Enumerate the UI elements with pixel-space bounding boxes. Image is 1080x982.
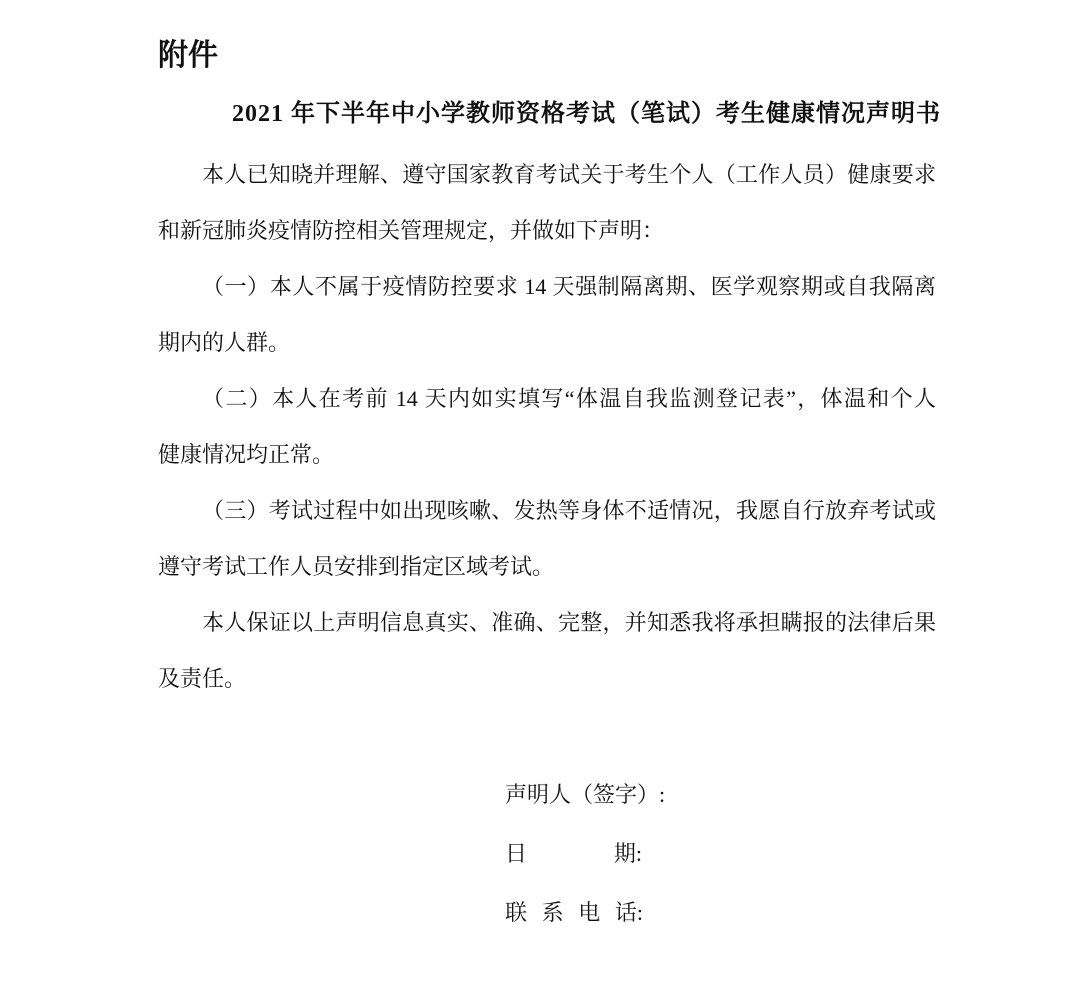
paragraph-2-line-2: 期内的人群。	[158, 315, 936, 371]
phone-label-part-3: 电	[578, 883, 600, 942]
paragraph-5-line-1: 本人保证以上声明信息真实、准确、完整，并知悉我将承担瞒报的法律后果	[158, 595, 936, 651]
signature-block: 声明人（签字）: 日 期: 联 系 电 话:	[505, 765, 665, 942]
document-body: 本人已知晓并理解、遵守国家教育考试关于考生个人（工作人员）健康要求 和新冠肺炎疫…	[158, 147, 936, 707]
phone-label-part-1: 联	[505, 883, 527, 942]
paragraph-1-line-2: 和新冠肺炎疫情防控相关管理规定，并做如下声明：	[158, 203, 936, 259]
date-label-part-2: 期:	[614, 824, 642, 883]
declaration-document-page: 附件 2021 年下半年中小学教师资格考试（笔试）考生健康情况声明书 本人已知晓…	[0, 0, 1080, 982]
paragraph-1-line-1: 本人已知晓并理解、遵守国家教育考试关于考生个人（工作人员）健康要求	[158, 147, 936, 203]
contact-phone-label: 联 系 电 话:	[505, 883, 643, 942]
paragraph-4-line-1: （三）考试过程中如出现咳嗽、发热等身体不适情况，我愿自行放弃考试或	[158, 483, 936, 539]
paragraph-4-line-2: 遵守考试工作人员安排到指定区域考试。	[158, 539, 936, 595]
paragraph-5-line-2: 及责任。	[158, 651, 936, 707]
paragraph-3-line-1: （二）本人在考前 14 天内如实填写“体温自我监测登记表”，体温和个人	[158, 371, 936, 427]
phone-label-part-4: 话:	[615, 883, 643, 942]
declarant-signature-label: 声明人（签字）:	[505, 765, 665, 824]
date-label-part-1: 日	[505, 824, 527, 883]
paragraph-3-line-2: 健康情况均正常。	[158, 427, 936, 483]
attachment-label: 附件	[158, 38, 218, 74]
phone-label-part-2: 系	[542, 883, 564, 942]
paragraph-2-line-1: （一）本人不属于疫情防控要求 14 天强制隔离期、医学观察期或自我隔离	[158, 259, 936, 315]
date-label: 日 期:	[505, 824, 642, 883]
page-title: 2021 年下半年中小学教师资格考试（笔试）考生健康情况声明书	[232, 98, 941, 130]
